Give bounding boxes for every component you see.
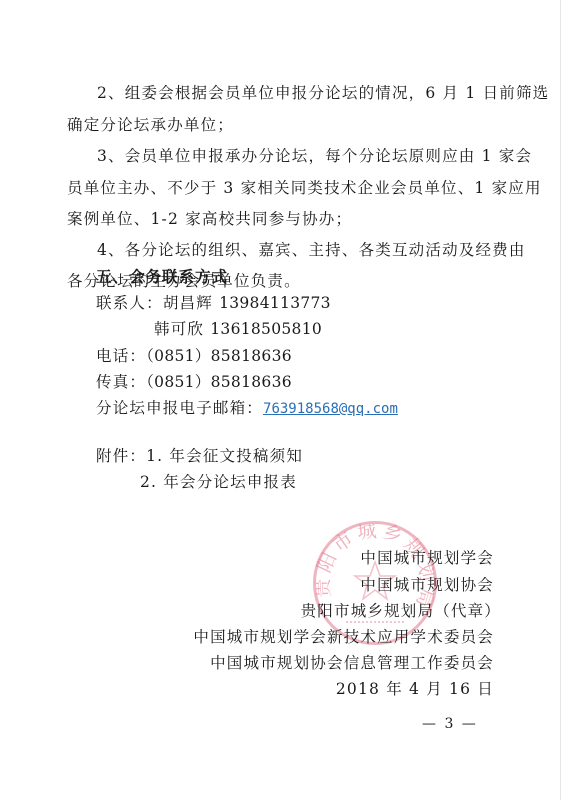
- section-heading-contact: 五、会务联系方式: [96, 267, 228, 287]
- attachment-2: 2. 年会分论坛申报表: [140, 472, 297, 492]
- phone-label: 电话：: [96, 347, 146, 365]
- fax-label: 传真：: [96, 373, 146, 391]
- contact-name-1: 胡昌辉: [163, 294, 213, 312]
- paragraph-2-line-1: 2、组委会根据会员单位申报分论坛的情况，6 月 1 日前筛选: [97, 83, 549, 103]
- fax-line: 传真：（0851）85818636: [96, 372, 292, 392]
- signature-org-3: 贵阳市城乡规划局（代章）: [301, 601, 501, 621]
- page-edge: [560, 0, 561, 800]
- fax-number: （0851）85818636: [146, 373, 292, 391]
- contact-person-1: 联系人：胡昌辉 13984113773: [96, 293, 331, 313]
- signature-org-2: 中国城市规划协会: [360, 575, 494, 595]
- contact-name-2: 韩可欣: [154, 320, 204, 338]
- paragraph-3-line-1: 3、会员单位申报承办分论坛，每个分论坛原则应由 1 家会: [97, 146, 532, 166]
- contact-person-2: 韩可欣 13618505810: [154, 319, 322, 339]
- contact-phone-1: 13984113773: [219, 294, 331, 312]
- email-label: 分论坛申报电子邮箱：: [96, 399, 263, 417]
- attachment-item-1: 1. 年会征文投稿须知: [146, 447, 303, 465]
- attachments-label: 附件：: [96, 447, 146, 465]
- contact-phone-2: 13618505810: [210, 320, 322, 338]
- signature-org-5: 中国城市规划协会信息管理工作委员会: [210, 653, 494, 673]
- paragraph-3-line-2: 员单位主办、不少于 3 家相关同类技术企业会员单位、1 家应用: [67, 178, 542, 198]
- document-page: 2、组委会根据会员单位申报分论坛的情况，6 月 1 日前筛选 确定分论坛承办单位…: [0, 0, 565, 800]
- attachment-item-2: 2. 年会分论坛申报表: [140, 473, 297, 491]
- signature-org-4: 中国城市规划学会新技术应用学术委员会: [193, 627, 494, 647]
- paragraph-3-line-3: 案例单位、1-2 家高校共同参与协办；: [67, 209, 352, 229]
- contact-label: 联系人：: [96, 294, 163, 312]
- signature-org-1: 中国城市规划学会: [360, 548, 494, 568]
- email-line: 分论坛申报电子邮箱：763918568@qq.com: [96, 398, 398, 419]
- email-link[interactable]: 763918568@qq.com: [263, 401, 398, 417]
- paragraph-4-line-1: 4、各分论坛的组织、嘉宾、主持、各类互动活动及经费由: [97, 240, 526, 260]
- attachment-1: 附件：1. 年会征文投稿须知: [96, 446, 303, 466]
- paragraph-2-line-2: 确定分论坛承办单位；: [67, 115, 234, 135]
- signature-date: 2018 年 4 月 16 日: [336, 679, 494, 699]
- phone-number: （0851）85818636: [146, 347, 292, 365]
- phone-line: 电话：（0851）85818636: [96, 346, 292, 366]
- page-number: — 3 —: [422, 716, 478, 732]
